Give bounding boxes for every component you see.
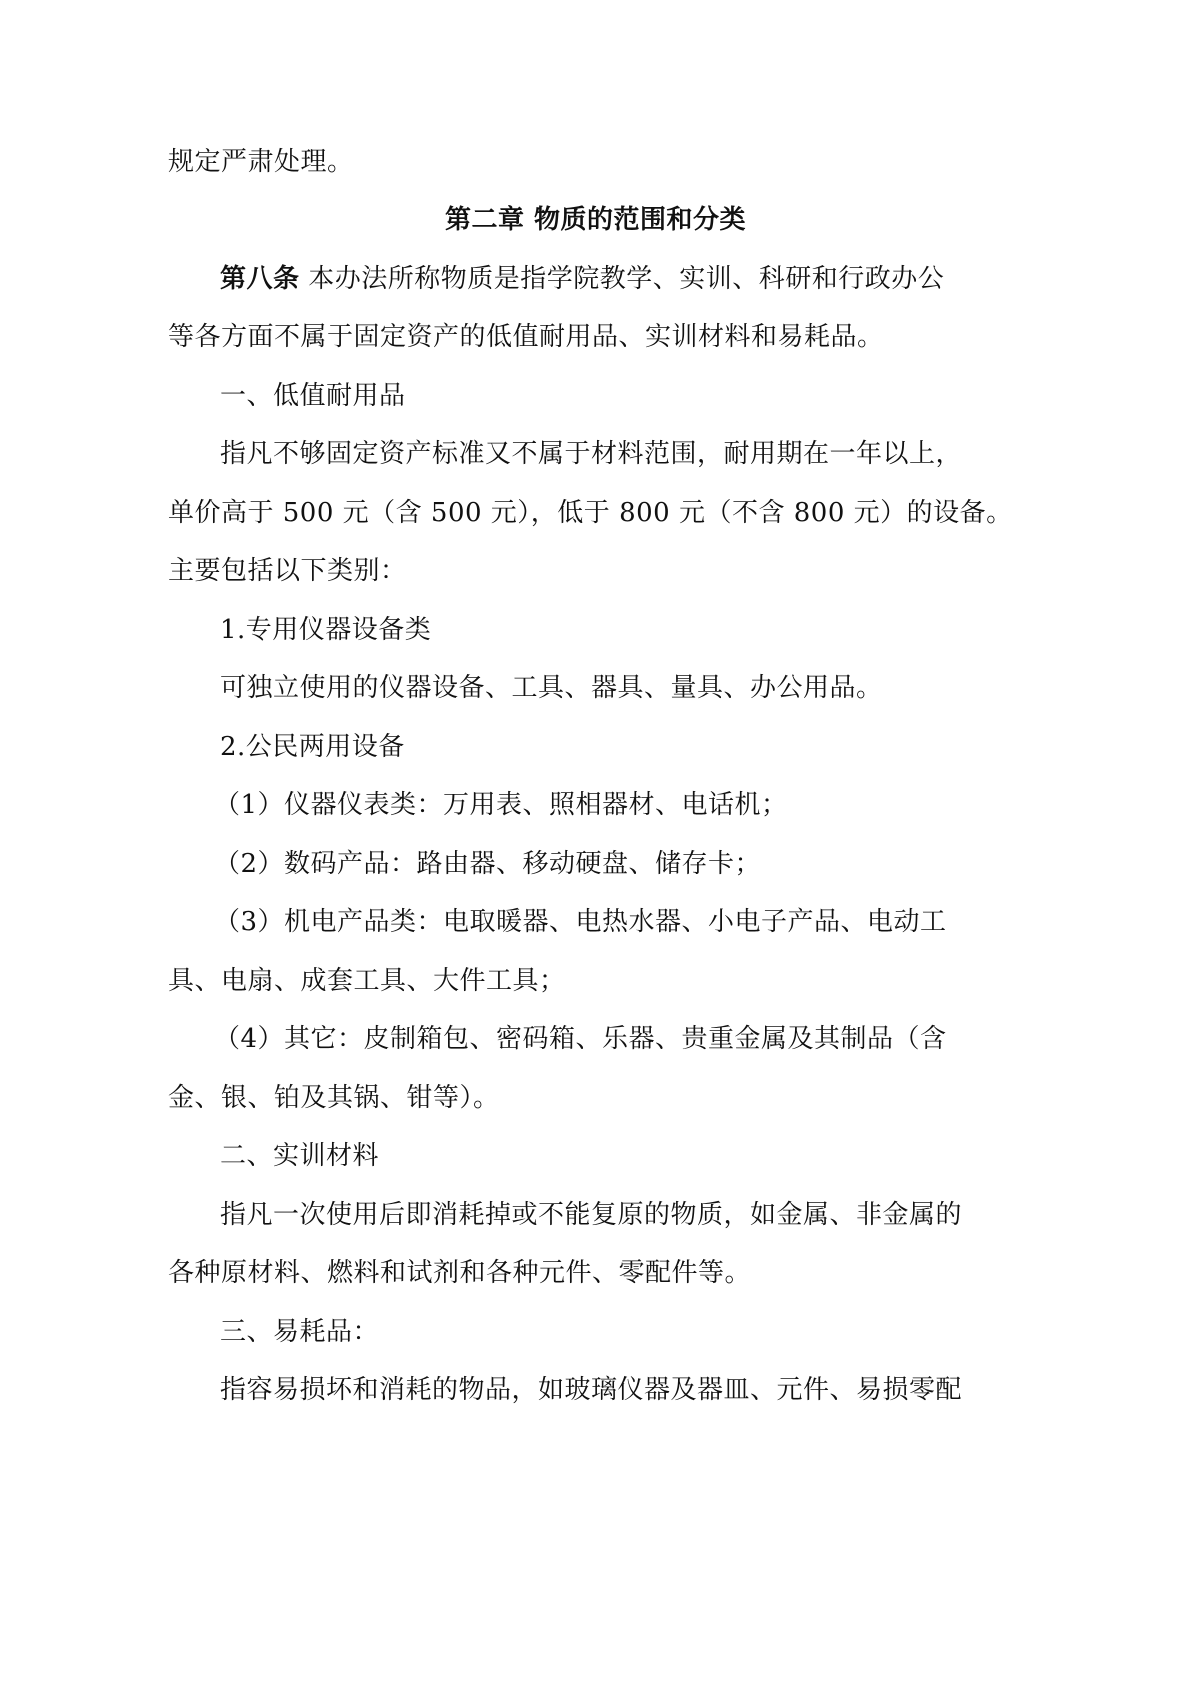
section-heading-2: 二、实训材料	[220, 1140, 379, 1172]
paragraph-line: 各种原材料、燃料和试剂和各种元件、零配件等。	[168, 1257, 751, 1289]
document-page: 规定严肃处理。 第二章 物质的范围和分类 第八条 本办法所称物质是指学院教学、实…	[0, 0, 1191, 1684]
paragraph-line: 规定严肃处理。	[168, 146, 354, 178]
chapter-heading: 第二章 物质的范围和分类	[0, 204, 1191, 236]
paragraph-line: 指凡不够固定资产标准又不属于材料范围，耐用期在一年以上，	[220, 438, 962, 470]
paragraph-line: 主要包括以下类别：	[168, 555, 407, 587]
paragraph-line: 指容易损坏和消耗的物品，如玻璃仪器及器皿、元件、易损零配	[220, 1374, 962, 1406]
subsection-heading-2: 2.公民两用设备	[220, 731, 405, 763]
paragraph-line: 指凡一次使用后即消耗掉或不能复原的物质，如金属、非金属的	[220, 1199, 962, 1231]
paragraph-line: 单价高于 500 元（含 500 元），低于 800 元（不含 800 元）的设…	[168, 497, 1013, 529]
list-item: （1）仪器仪表类：万用表、照相器材、电话机；	[214, 789, 788, 821]
subsection-heading-1: 1.专用仪器设备类	[220, 614, 431, 646]
section-heading-1: 一、低值耐用品	[220, 380, 406, 412]
list-item: （3）机电产品类：电取暖器、电热水器、小电子产品、电动工	[214, 906, 947, 938]
paragraph-line: 可独立使用的仪器设备、工具、器具、量具、办公用品。	[220, 672, 883, 704]
section-heading-3: 三、易耗品：	[220, 1316, 379, 1348]
list-item: （4）其它：皮制箱包、密码箱、乐器、贵重金属及其制品（含	[214, 1023, 947, 1055]
list-item: （2）数码产品：路由器、移动硬盘、储存卡；	[214, 848, 761, 880]
paragraph-line: 等各方面不属于固定资产的低值耐用品、实训材料和易耗品。	[168, 321, 884, 353]
list-item-continued: 金、银、铂及其锅、钳等）。	[168, 1082, 500, 1114]
list-item-continued: 具、电扇、成套工具、大件工具；	[168, 965, 566, 997]
article-label: 第八条	[220, 264, 300, 294]
article-text: 本办法所称物质是指学院教学、实训、科研和行政办公	[300, 264, 945, 294]
article-8-line: 第八条 本办法所称物质是指学院教学、实训、科研和行政办公	[220, 263, 944, 295]
